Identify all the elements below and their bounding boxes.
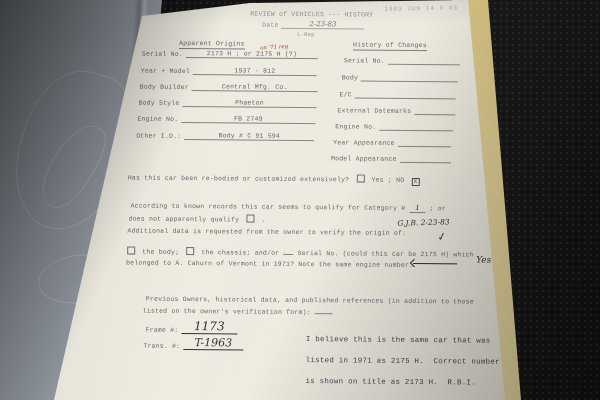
not-qualify-text: does not apparently qualify <box>128 216 239 224</box>
trans-number-row: Trans. #: T-1963 <box>143 336 243 351</box>
field-label: Other I.D.: <box>136 133 181 140</box>
origin-body-label: the body; <box>142 249 179 256</box>
checkbox-rebodied-no: X <box>411 178 419 186</box>
not-qualify-row: does not apparently qualify . <box>128 214 265 224</box>
field-underline <box>400 162 451 163</box>
field-underline <box>398 146 451 147</box>
field-body-style: Body Style Phaeton <box>138 99 316 109</box>
field-value: Central Mfg. Co. <box>222 83 288 91</box>
checkbox-chassis <box>186 247 194 255</box>
category-row: According to known records this car seem… <box>131 202 446 214</box>
history-heading: History of Changes <box>353 41 427 49</box>
field-label: E/C <box>340 91 352 98</box>
origins-heading: Apparent Origins <box>179 40 245 48</box>
checkbox-not-qualify <box>246 215 254 223</box>
note-line3: is shown on title as 2173 H. R.B.I. <box>305 378 476 387</box>
rebodied-yes-label: Yes ; <box>371 177 392 184</box>
category-field: 1 <box>409 204 425 213</box>
origin-options-row: the body; the chassis; and/or Serial No.… <box>127 246 474 258</box>
form-title: REVIEW of VEHICLES --- HISTORY <box>250 11 373 19</box>
field-value: 1937 - 812 <box>234 67 275 74</box>
field-value: 2173 H ; or 2175 H (?) <box>207 50 297 58</box>
category-value: 1 <box>415 204 420 212</box>
field-underline <box>388 64 460 66</box>
origin-line2: belonged to A. Cahurn of Vermont in 1971… <box>126 259 413 269</box>
field-underline: Central Mfg. Co. <box>192 83 318 92</box>
field-label: Engine No. <box>335 123 376 130</box>
arrow-icon <box>411 260 457 268</box>
references-line2-text: listed on the owner's verification form)… <box>143 308 311 316</box>
field-underline: Phaeton <box>182 99 316 108</box>
frame-label: Frame #: <box>145 327 178 334</box>
trans-field: T-1963 <box>183 336 243 351</box>
history-ec: E/C <box>340 91 456 99</box>
field-year-model: Year + Model 1937 - 812 <box>141 67 317 77</box>
field-label: Model Appearance <box>331 155 397 163</box>
examiner-initials: G.J.B. 2-23-83 <box>397 217 449 227</box>
field-serial-no: Serial No. 2173 H ; or 2175 H (?) on '71… <box>142 50 318 60</box>
origin-serial-label: Serial No. (could this car be 2175 H) wh… <box>298 250 474 259</box>
field-label: Engine No. <box>137 116 178 123</box>
checkbox-rebodied-yes <box>356 174 364 182</box>
form-content: 1983 JUN 14 9 43 REVIEW of VEHICLES --- … <box>0 0 600 400</box>
history-datemarks: External Datemarks <box>337 107 455 115</box>
field-underline: 2173 H ; or 2175 H (?) <box>186 50 318 59</box>
origin-serial-blank <box>283 254 293 255</box>
note-line2: listed in 1971 as 2175 H. Correct number <box>306 357 500 367</box>
field-underline <box>414 114 455 115</box>
rebodied-question-row: Has this car been re-bodied or customize… <box>128 172 423 186</box>
field-underline <box>361 81 458 83</box>
date-sublabel: L-Rep <box>297 31 315 38</box>
frame-number-row: Frame #: 1173 <box>145 319 237 335</box>
field-other-id: Other I.D.: Body # C 91 594 <box>136 132 314 142</box>
category-text: According to known records this car seem… <box>131 203 406 212</box>
frame-value: 1173 <box>194 319 225 333</box>
field-label: Serial No. <box>142 51 183 58</box>
rebodied-no-label: NO <box>396 177 404 184</box>
history-body: Body <box>342 74 458 82</box>
field-label: Body Builder <box>140 84 189 91</box>
field-underline <box>379 130 453 132</box>
rebodied-question: Has this car been re-bodied or customize… <box>128 174 349 183</box>
origin-chassis-label: the chassis; and/or <box>201 249 279 257</box>
field-label: External Datemarks <box>337 107 411 115</box>
field-engine-no: Engine No. FB 2749 <box>137 115 315 125</box>
field-underline: Body # C 91 594 <box>184 132 314 141</box>
photo-of-document: 1983 JUN 14 9 43 REVIEW of VEHICLES --- … <box>0 0 600 400</box>
history-engine: Engine No. <box>335 123 453 131</box>
field-value: FB 2749 <box>234 115 263 122</box>
field-value: Body # C 91 594 <box>218 132 280 140</box>
field-label: Body Style <box>138 100 179 107</box>
history-year-appearance: Year Appearance <box>333 139 451 147</box>
trans-value: T-1963 <box>194 336 232 349</box>
field-label: Year Appearance <box>333 139 395 147</box>
history-serial: Serial No. <box>344 57 460 65</box>
arrow-shaft <box>413 263 457 264</box>
category-suffix: ; or <box>430 205 446 212</box>
handwritten-yes: Yes <box>476 256 491 266</box>
note-line1: I believe this is the same car that was <box>306 336 491 346</box>
field-body-builder: Body Builder Central Mfg. Co. <box>140 83 318 93</box>
date-label: Date <box>262 22 278 29</box>
field-label: Serial No. <box>344 57 385 64</box>
references-line2: listed on the owner's verification form)… <box>143 308 333 317</box>
date-stamp: 1983 JUN 14 9 43 <box>384 4 458 12</box>
field-underline: 1937 - 812 <box>193 67 317 76</box>
trans-label: Trans. #: <box>143 343 180 350</box>
date-field: 2-23-83 <box>282 20 365 30</box>
field-value: Phaeton <box>235 99 264 106</box>
additional-data-row: Additional data is requested from the ow… <box>127 227 406 236</box>
references-line1: Previous Owners, historical data, and pu… <box>146 296 474 306</box>
field-label: Body <box>342 74 358 81</box>
typed-note: I believe this is the same car that was … <box>277 324 500 399</box>
frame-field: 1173 <box>181 319 237 334</box>
arrow-head <box>410 259 418 267</box>
checkbox-body <box>127 246 135 254</box>
field-underline <box>355 97 456 99</box>
field-underline: FB 2749 <box>181 115 315 124</box>
field-label: Year + Model <box>141 68 190 75</box>
history-model-appearance: Model Appearance <box>331 155 451 163</box>
references-blank <box>315 313 333 314</box>
date-value: 2-23-83 <box>309 20 336 28</box>
period: . <box>261 217 265 224</box>
handwritten-check-mark: ✓ <box>436 229 448 244</box>
